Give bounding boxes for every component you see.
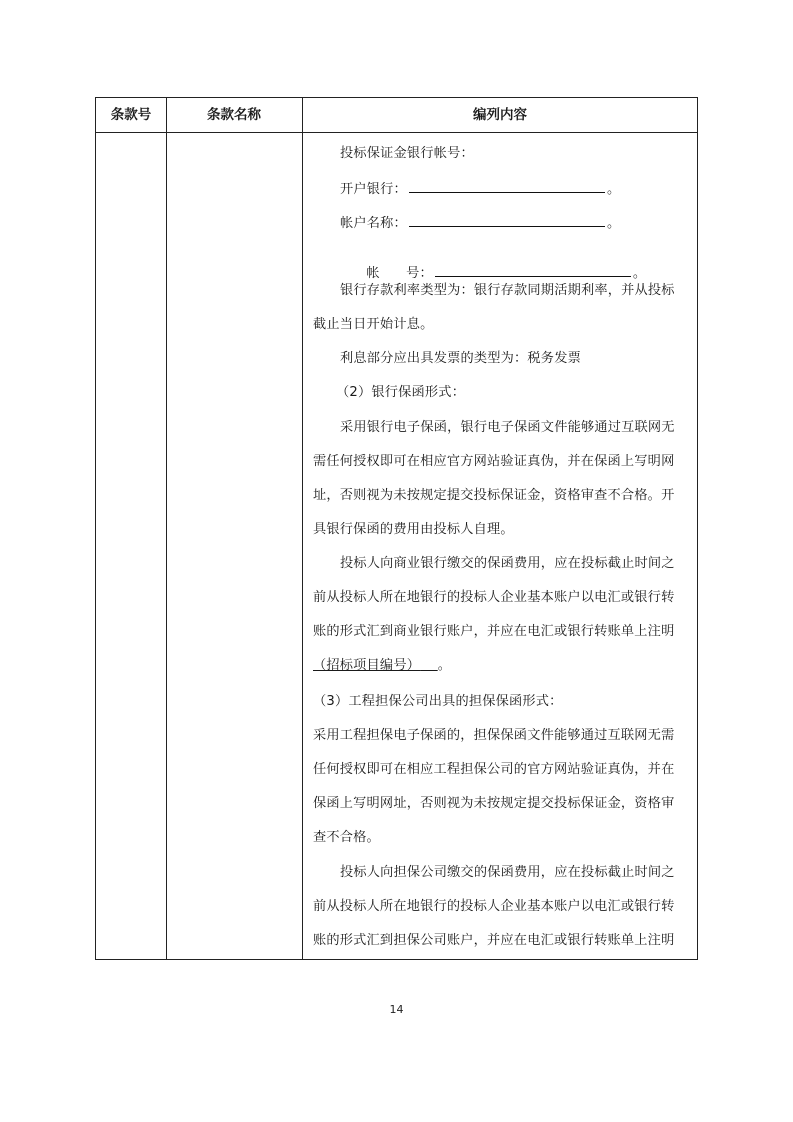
header-divider	[96, 132, 697, 133]
guarantee-company-line: 保函上写明网址，否则视为未按规定提交投标保证金，资格审	[313, 796, 674, 812]
project-number-placeholder: （招标项目编号）	[313, 658, 420, 673]
bank-fee-line: 前从投标人所在地银行的投标人企业基本账户以电汇或银行转	[313, 590, 674, 606]
account-heading: 投标保证金银行帐号：	[340, 146, 474, 162]
invoice-line: 利息部分应出具发票的类型为：税务发票	[340, 351, 581, 367]
bank-guarantee-line: 采用银行电子保函，银行电子保函文件能够通过互联网无	[340, 420, 675, 436]
field-label: 开户银行：	[340, 182, 407, 197]
bank-fee-line: 账的形式汇到商业银行账户，并应在电汇或银行转账单上注明	[313, 624, 674, 640]
field-bank: 开户银行：。	[340, 180, 620, 198]
bank-guarantee-line: 具银行保函的费用由投标人自理。	[313, 522, 514, 538]
header-clause-number: 条款号	[96, 98, 166, 132]
guarantee-company-line: 采用工程担保电子保函的，担保保函文件能够通过互联网无需	[313, 728, 674, 744]
bank-name-blank[interactable]	[409, 180, 605, 193]
guarantee-fee-line: 前从投标人所在地银行的投标人企业基本账户以电汇或银行转	[313, 899, 674, 915]
bank-fee-line: 投标人向商业银行缴交的保函费用，应在投标截止时间之	[340, 556, 675, 572]
clause-table: 条款号 条款名称 编列内容 投标保证金银行帐号： 开户银行：。 帐户名称：。 帐…	[95, 97, 698, 960]
header-clause-name: 条款名称	[166, 98, 302, 132]
interest-line-2: 截止当日开始计息。	[313, 317, 434, 333]
guarantee-fee-line: 账的形式汇到担保公司账户，并应在电汇或银行转账单上注明	[313, 933, 674, 949]
section-2-title: （2）银行保函形式：	[336, 385, 465, 401]
interest-line-1: 银行存款利率类型为：银行存款同期活期利率，并从投标	[340, 283, 675, 299]
column-divider	[166, 98, 167, 959]
page-number: 14	[0, 1003, 793, 1016]
section-3-title: （3）工程担保公司出具的担保保函形式：	[313, 694, 563, 710]
bank-guarantee-line: 需任何授权即可在相应官方网站验证真伪，并在保函上写明网	[313, 454, 674, 470]
field-label: 帐 号：	[366, 266, 433, 281]
guarantee-company-line: 任何授权即可在相应工程担保公司的官方网站验证真伪，并在	[313, 762, 674, 778]
account-name-blank[interactable]	[409, 214, 605, 227]
bank-fee-note: （招标项目编号） 。	[313, 658, 451, 674]
column-divider	[302, 98, 303, 959]
field-label: 帐户名称：	[340, 216, 407, 231]
guarantee-fee-line: 投标人向担保公司缴交的保函费用，应在投标截止时间之	[340, 865, 675, 881]
field-account-name: 帐户名称：。	[340, 214, 620, 232]
guarantee-company-line: 查不合格。	[313, 830, 380, 846]
account-number-blank[interactable]	[435, 264, 631, 277]
header-content: 编列内容	[302, 98, 698, 132]
bank-guarantee-line: 址，否则视为未按规定提交投标保证金，资格审查不合格。开	[313, 488, 674, 504]
